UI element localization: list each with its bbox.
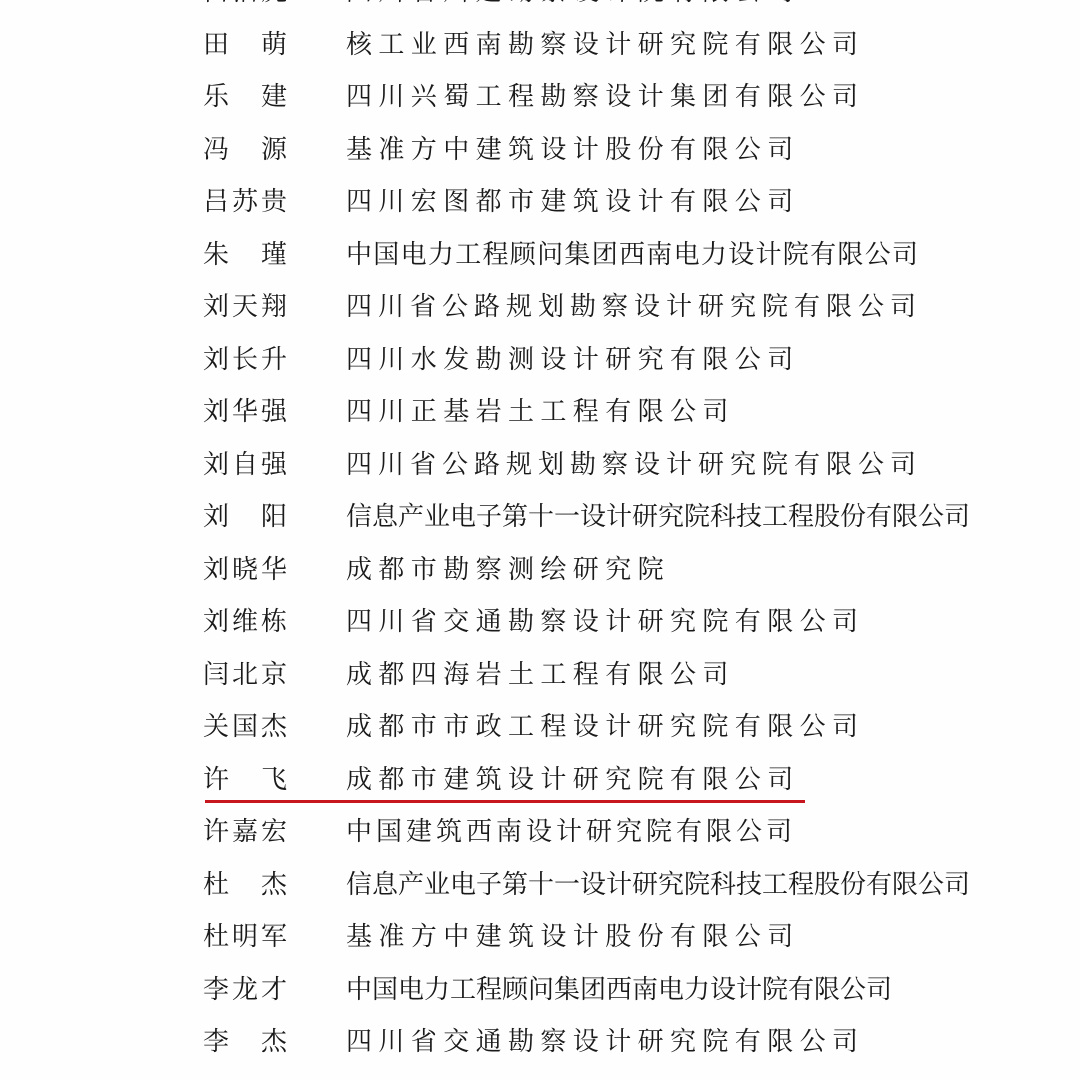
name-character: 刘 bbox=[203, 602, 229, 642]
organization-name: 四川正基岩土工程有限公司 bbox=[346, 392, 735, 432]
name-character: 关 bbox=[203, 707, 229, 747]
name-character: 闫 bbox=[203, 655, 229, 695]
organization-name: 基准方中建筑设计股份有限公司 bbox=[346, 130, 800, 170]
person-name: 许嘉宏 bbox=[203, 812, 287, 852]
list-row: 吕苏贵四川宏图都市建筑设计有限公司 bbox=[0, 182, 1080, 222]
organization-name: 四川省交通勘察设计研究院有限公司 bbox=[346, 602, 864, 642]
organization-name: 四川宏图都市建筑设计有限公司 bbox=[346, 182, 800, 222]
name-character: 强 bbox=[261, 445, 287, 485]
name-character: 杰 bbox=[261, 1022, 287, 1062]
list-row: 李杰四川省交通勘察设计研究院有限公司 bbox=[0, 1022, 1080, 1062]
name-character: 李 bbox=[203, 970, 229, 1010]
name-character: 自 bbox=[232, 445, 258, 485]
person-name: 许飞 bbox=[203, 760, 287, 800]
name-character: 刘 bbox=[203, 392, 229, 432]
list-row: 许嘉宏中国建筑西南设计研究院有限公司 bbox=[0, 812, 1080, 852]
person-name: 杜杰 bbox=[203, 865, 287, 905]
organization-name: 中国建筑西南设计研究院有限公司 bbox=[346, 812, 796, 852]
name-character: 华 bbox=[232, 392, 258, 432]
name-character: 许 bbox=[203, 760, 229, 800]
list-row: 冯源基准方中建筑设计股份有限公司 bbox=[0, 130, 1080, 170]
list-row: 刘阳信息产业电子第十一设计研究院科技工程股份有限公司 bbox=[0, 497, 1080, 537]
list-row: 乐建四川兴蜀工程勘察设计集团有限公司 bbox=[0, 77, 1080, 117]
organization-name: 成都市市政工程设计研究院有限公司 bbox=[346, 707, 864, 747]
name-character: 李 bbox=[203, 1022, 229, 1062]
name-character: 虎 bbox=[261, 0, 287, 12]
list-row: 杜明军基准方中建筑设计股份有限公司 bbox=[0, 917, 1080, 957]
name-character: 长 bbox=[232, 340, 258, 380]
person-name: 冯源 bbox=[203, 130, 287, 170]
name-character: 乐 bbox=[203, 77, 229, 117]
name-character: 阳 bbox=[261, 497, 287, 537]
name-character: 刘 bbox=[203, 287, 229, 327]
name-character: 许 bbox=[203, 812, 229, 852]
list-row: 关国杰成都市市政工程设计研究院有限公司 bbox=[0, 707, 1080, 747]
organization-name: 核工业西南勘察设计研究院有限公司 bbox=[346, 25, 864, 65]
person-name: 刘天翔 bbox=[203, 287, 287, 327]
person-name: 闫北京 bbox=[203, 655, 287, 695]
organization-name: 信息产业电子第十一设计研究院科技工程股份有限公司 bbox=[346, 497, 970, 537]
name-character: 栋 bbox=[261, 602, 287, 642]
organization-name: 信息产业电子第十一设计研究院科技工程股份有限公司 bbox=[346, 865, 970, 905]
list-row: 刘长升四川水发勘测设计研究有限公司 bbox=[0, 340, 1080, 380]
list-row: 闫北京成都四海岩土工程有限公司 bbox=[0, 655, 1080, 695]
person-name: 关国杰 bbox=[203, 707, 287, 747]
name-character: 吕 bbox=[203, 0, 229, 12]
list-row: 李龙才中国电力工程顾问集团西南电力设计院有限公司 bbox=[0, 970, 1080, 1010]
name-character: 杜 bbox=[203, 917, 229, 957]
person-name: 杜明军 bbox=[203, 917, 287, 957]
name-character: 晓 bbox=[232, 550, 258, 590]
person-name: 刘自强 bbox=[203, 445, 287, 485]
name-character: 天 bbox=[232, 287, 258, 327]
organization-name: 四川兴蜀工程勘察设计集团有限公司 bbox=[346, 77, 864, 117]
name-character: 杰 bbox=[261, 707, 287, 747]
person-name: 吕苏贵 bbox=[203, 182, 287, 222]
person-name: 吕治虎 bbox=[203, 0, 287, 12]
name-character: 京 bbox=[261, 655, 287, 695]
name-character: 国 bbox=[232, 707, 258, 747]
name-character: 治 bbox=[232, 0, 258, 12]
organization-name: 四川省交通勘察设计研究院有限公司 bbox=[346, 1022, 864, 1062]
name-character: 华 bbox=[261, 550, 287, 590]
list-row: 刘天翔四川省公路规划勘察设计研究院有限公司 bbox=[0, 287, 1080, 327]
name-character: 刘 bbox=[203, 550, 229, 590]
list-row: 刘华强四川正基岩土工程有限公司 bbox=[0, 392, 1080, 432]
name-character: 宏 bbox=[261, 812, 287, 852]
name-character: 杰 bbox=[261, 865, 287, 905]
name-character: 刘 bbox=[203, 497, 229, 537]
name-character: 北 bbox=[232, 655, 258, 695]
organization-name: 成都四海岩土工程有限公司 bbox=[346, 655, 735, 695]
name-character: 源 bbox=[261, 130, 287, 170]
name-character: 刘 bbox=[203, 445, 229, 485]
name-character: 军 bbox=[261, 917, 287, 957]
name-character: 升 bbox=[261, 340, 287, 380]
list-row: 刘维栋四川省交通勘察设计研究院有限公司 bbox=[0, 602, 1080, 642]
person-name: 刘长升 bbox=[203, 340, 287, 380]
name-character: 刘 bbox=[203, 340, 229, 380]
organization-name: 四川省公路规划勘察设计研究院有限公司 bbox=[346, 287, 922, 327]
name-character: 才 bbox=[261, 970, 287, 1010]
name-character: 维 bbox=[232, 602, 258, 642]
document-page: 吕治虎四川省川建勘察设计院有限公司田萌核工业西南勘察设计研究院有限公司乐建四川兴… bbox=[0, 0, 1080, 1080]
name-character: 吕 bbox=[203, 182, 229, 222]
red-highlight-underline bbox=[205, 800, 805, 803]
name-character: 苏 bbox=[232, 182, 258, 222]
name-character: 朱 bbox=[203, 235, 229, 275]
person-name: 李杰 bbox=[203, 1022, 287, 1062]
name-character: 萌 bbox=[261, 25, 287, 65]
list-row: 刘自强四川省公路规划勘察设计研究院有限公司 bbox=[0, 445, 1080, 485]
person-name: 乐建 bbox=[203, 77, 287, 117]
person-name: 刘阳 bbox=[203, 497, 287, 537]
list-row: 刘晓华成都市勘察测绘研究院 bbox=[0, 550, 1080, 590]
name-character: 明 bbox=[232, 917, 258, 957]
name-character: 嘉 bbox=[232, 812, 258, 852]
organization-name: 中国电力工程顾问集团西南电力设计院有限公司 bbox=[346, 970, 892, 1010]
person-name: 李龙才 bbox=[203, 970, 287, 1010]
list-row: 朱瑾中国电力工程顾问集团西南电力设计院有限公司 bbox=[0, 235, 1080, 275]
name-character: 杜 bbox=[203, 865, 229, 905]
name-character: 瑾 bbox=[261, 235, 287, 275]
name-character: 龙 bbox=[232, 970, 258, 1010]
organization-name: 四川省公路规划勘察设计研究院有限公司 bbox=[346, 445, 922, 485]
list-row: 吕治虎四川省川建勘察设计院有限公司 bbox=[0, 0, 1080, 12]
name-character: 建 bbox=[261, 77, 287, 117]
person-name: 刘维栋 bbox=[203, 602, 287, 642]
organization-name: 四川水发勘测设计研究有限公司 bbox=[346, 340, 800, 380]
person-name: 刘华强 bbox=[203, 392, 287, 432]
name-character: 飞 bbox=[261, 760, 287, 800]
organization-name: 基准方中建筑设计股份有限公司 bbox=[346, 917, 800, 957]
list-row: 田萌核工业西南勘察设计研究院有限公司 bbox=[0, 25, 1080, 65]
name-character: 冯 bbox=[203, 130, 229, 170]
person-name: 朱瑾 bbox=[203, 235, 287, 275]
person-name: 田萌 bbox=[203, 25, 287, 65]
name-character: 强 bbox=[261, 392, 287, 432]
list-row: 杜杰信息产业电子第十一设计研究院科技工程股份有限公司 bbox=[0, 865, 1080, 905]
name-character: 贵 bbox=[261, 182, 287, 222]
organization-name: 四川省川建勘察设计院有限公司 bbox=[346, 0, 800, 12]
list-row: 许飞成都市建筑设计研究院有限公司 bbox=[0, 760, 1080, 800]
name-character: 翔 bbox=[261, 287, 287, 327]
organization-name: 成都市勘察测绘研究院 bbox=[346, 550, 670, 590]
person-name: 刘晓华 bbox=[203, 550, 287, 590]
organization-name: 中国电力工程顾问集团西南电力设计院有限公司 bbox=[346, 235, 919, 275]
name-character: 田 bbox=[203, 25, 229, 65]
organization-name: 成都市建筑设计研究院有限公司 bbox=[346, 760, 800, 800]
